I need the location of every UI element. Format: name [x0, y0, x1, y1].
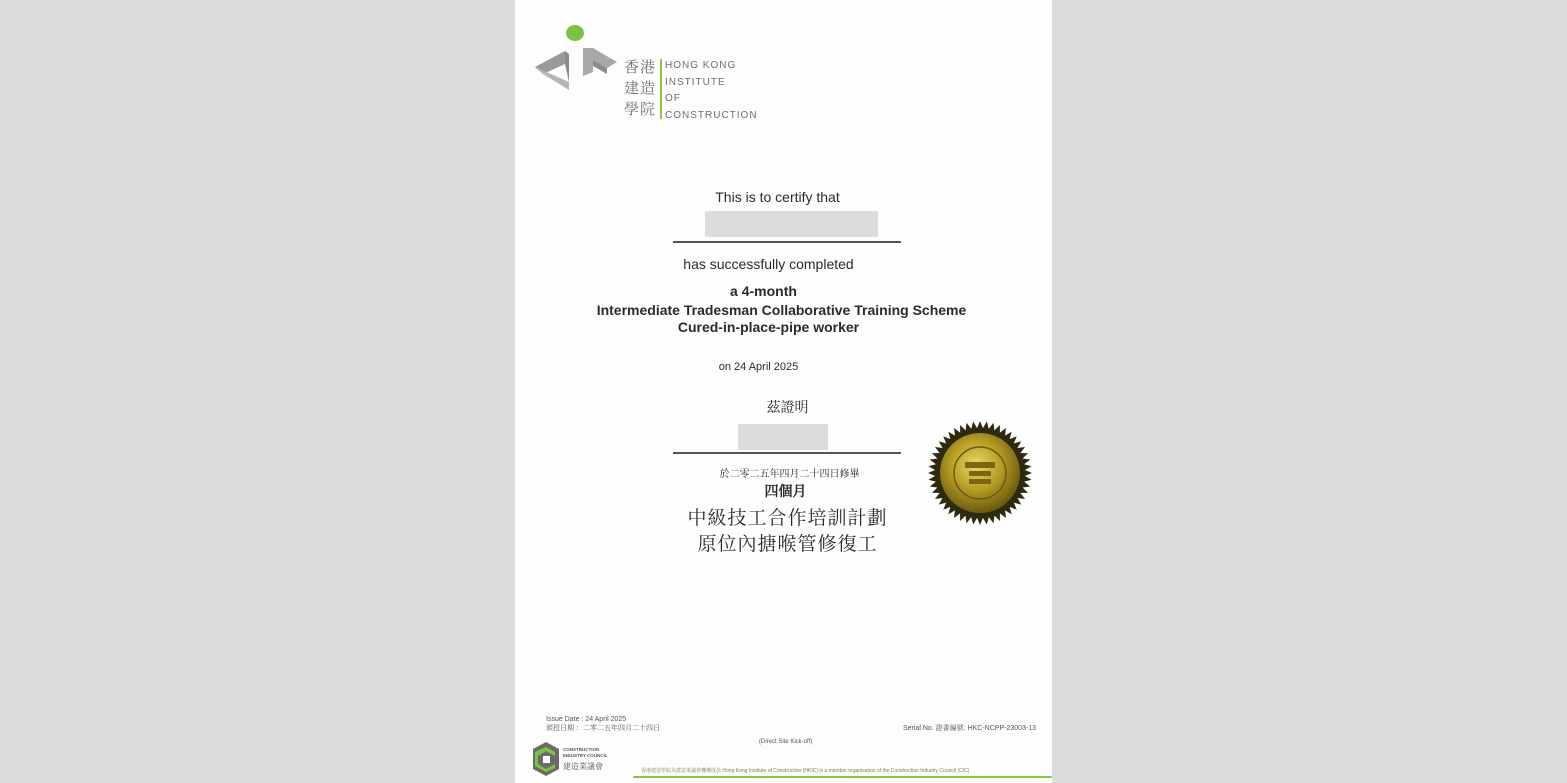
logo-chinese-name: 香港 建造 學院 — [624, 57, 656, 120]
gold-seal-icon — [927, 420, 1033, 526]
cic-name-en: CONSTRUCTION INDUSTRY COUNCIL — [563, 747, 608, 759]
certify-intro-cn: 茲證明 — [519, 397, 1056, 417]
recipient-name-cn-redacted — [738, 424, 828, 450]
hkic-logo-icon — [535, 24, 620, 99]
cic-logo-icon — [533, 742, 559, 776]
cic-name-cn: 建造業議會 — [563, 761, 603, 772]
logo-divider — [660, 59, 662, 119]
recipient-name-redacted — [705, 211, 878, 237]
certify-intro: This is to certify that — [509, 189, 1046, 205]
certificate-page: 香港 建造 學院 HONG KONG INSTITUTE OF CONSTRUC… — [515, 0, 1052, 783]
serial-number: Serial No. 證書編號: HKC-NCPP-23003-13 — [903, 724, 1036, 734]
completed-text: has successfully completed — [500, 256, 1037, 272]
footer-green-line — [633, 776, 1052, 778]
trade-name-cn: 原位內搪喉管修復工 — [519, 529, 1056, 556]
scheme-name: Intermediate Tradesman Collaborative Tra… — [513, 302, 1050, 318]
course-duration: a 4-month — [495, 283, 1032, 299]
member-statement: 香港建造學院為建造業議會機構成員 Hong Kong Institute of … — [641, 767, 969, 774]
completion-date: on 24 April 2025 — [490, 361, 1027, 373]
programme-note: (Direct Site Kick-off) — [759, 737, 812, 747]
logo-english-name: HONG KONG INSTITUTE OF CONSTRUCTION — [665, 58, 758, 124]
name-cn-underline — [673, 452, 901, 454]
issue-date-cn: 頒授日期 ：二零二五年四月二十四日 — [546, 724, 660, 734]
name-underline — [673, 241, 901, 243]
trade-name: Cured-in-place-pipe worker — [500, 319, 1037, 335]
